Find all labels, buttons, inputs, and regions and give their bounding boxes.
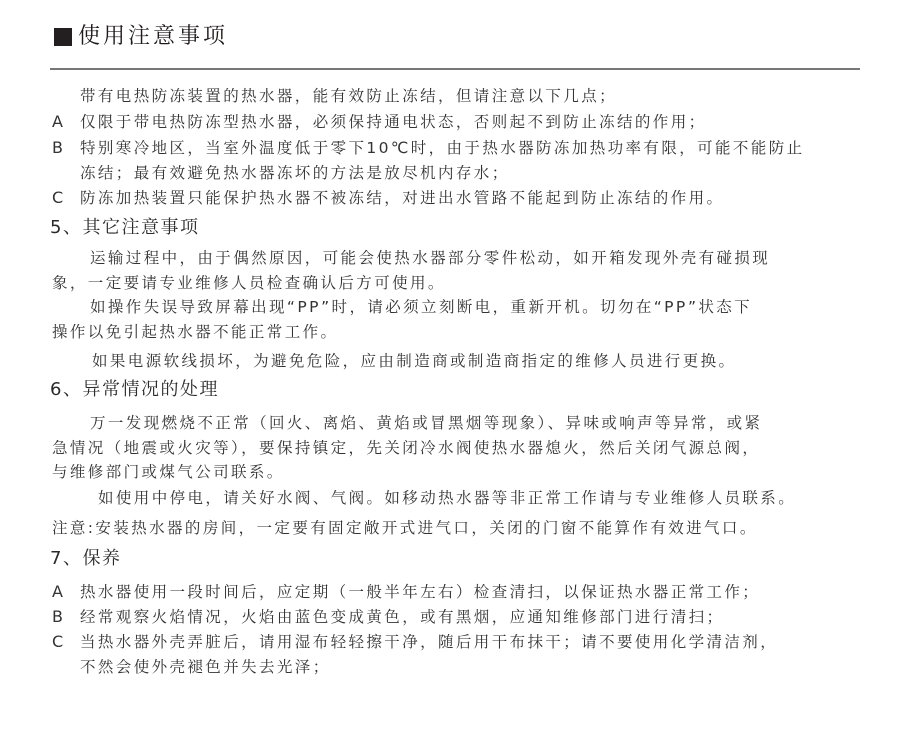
section6-line-2: 急情况（地震或火灾等），要保持镇定，先关闭冷水阀使热水器熄火，然后关闭气源总阀， xyxy=(52,438,760,458)
section6-line-4: 如使用中停电，请关好水阀、气阀。如移动热水器等非正常工作请与专业维修人员联系。 xyxy=(98,488,796,508)
section5-line-4: 操作以免引起热水器不能正常工作。 xyxy=(52,322,338,342)
intro-text: 带有电热防冻装置的热水器，能有效防止冻结，但请注意以下几点； xyxy=(80,86,617,106)
intro-item-c-marker: C xyxy=(52,188,63,208)
section7-item-b-text: 经常观察火焰情况，火焰由蓝色变成黄色，或有黑烟，应通知维修部门进行清扫； xyxy=(80,607,724,627)
section6-note: 注意:安装热水器的房间，一定要有固定敞开式进气口，关闭的门窗不能算作有效进气口。 xyxy=(52,518,758,538)
section7-item-a-text: 热水器使用一段时间后，应定期（一般半年左右）检查清扫，以保证热水器正常工作； xyxy=(80,582,760,602)
intro-item-a-text: 仅限于带电热防冻型热水器，必须保持通电状态，否则起不到防止冻结的作用； xyxy=(80,112,707,132)
intro-item-b-text-2: 冻结；最有效避免热水器冻坏的方法是放尽机内存水； xyxy=(80,163,510,183)
intro-item-c-text: 防冻加热装置只能保护热水器不被冻结，对进出水管路不能起到防止冻结的作用。 xyxy=(80,188,724,208)
section7-item-c-text-1: 当热水器外壳弄脏后，请用湿布轻轻擦干净，随后用干布抹干；请不要使用化学清洁剂， xyxy=(80,632,778,652)
intro-item-a-marker: A xyxy=(52,112,63,132)
section7-item-c-marker: C xyxy=(52,632,63,652)
section5-heading: 5、其它注意事项 xyxy=(50,216,199,240)
title-divider xyxy=(50,68,860,70)
intro-item-b-marker: B xyxy=(52,138,63,158)
section7-item-a-marker: A xyxy=(52,582,63,602)
section5-line-1: 运输过程中，由于偶然原因，可能会使热水器部分零件松动，如开箱发现外壳有碰损现 xyxy=(90,248,770,268)
page-title: 使用注意事项 xyxy=(54,22,228,52)
section6-line-3: 与维修部门或煤气公司联系。 xyxy=(52,462,285,482)
section5-line-3: 如操作失误导致屏幕出现“PP”时，请必须立刻断电，重新开机。切勿在“PP”状态下 xyxy=(90,297,752,317)
section6-line-1: 万一发现燃烧不正常（回火、离焰、黄焰或冒黑烟等现象）、异味或响声等异常，或紧 xyxy=(90,413,762,433)
section7-heading: 7、保养 xyxy=(50,547,121,571)
page-title-text: 使用注意事项 xyxy=(78,22,228,52)
section7-item-b-marker: B xyxy=(52,607,63,627)
black-square-icon xyxy=(54,28,72,46)
section5-line-5: 如果电源软线损坏，为避免危险，应由制造商或制造商指定的维修人员进行更换。 xyxy=(92,351,736,371)
intro-item-b-text-1: 特别寒冷地区，当室外温度低于零下10℃时，由于热水器防冻加热功率有限，可能不能防… xyxy=(80,138,805,158)
section5-line-2: 象，一定要请专业维修人员检查确认后方可使用。 xyxy=(52,273,446,293)
section6-heading: 6、异常情况的处理 xyxy=(50,378,219,402)
section7-item-c-text-2: 不然会使外壳褪色并失去光泽； xyxy=(80,657,331,677)
